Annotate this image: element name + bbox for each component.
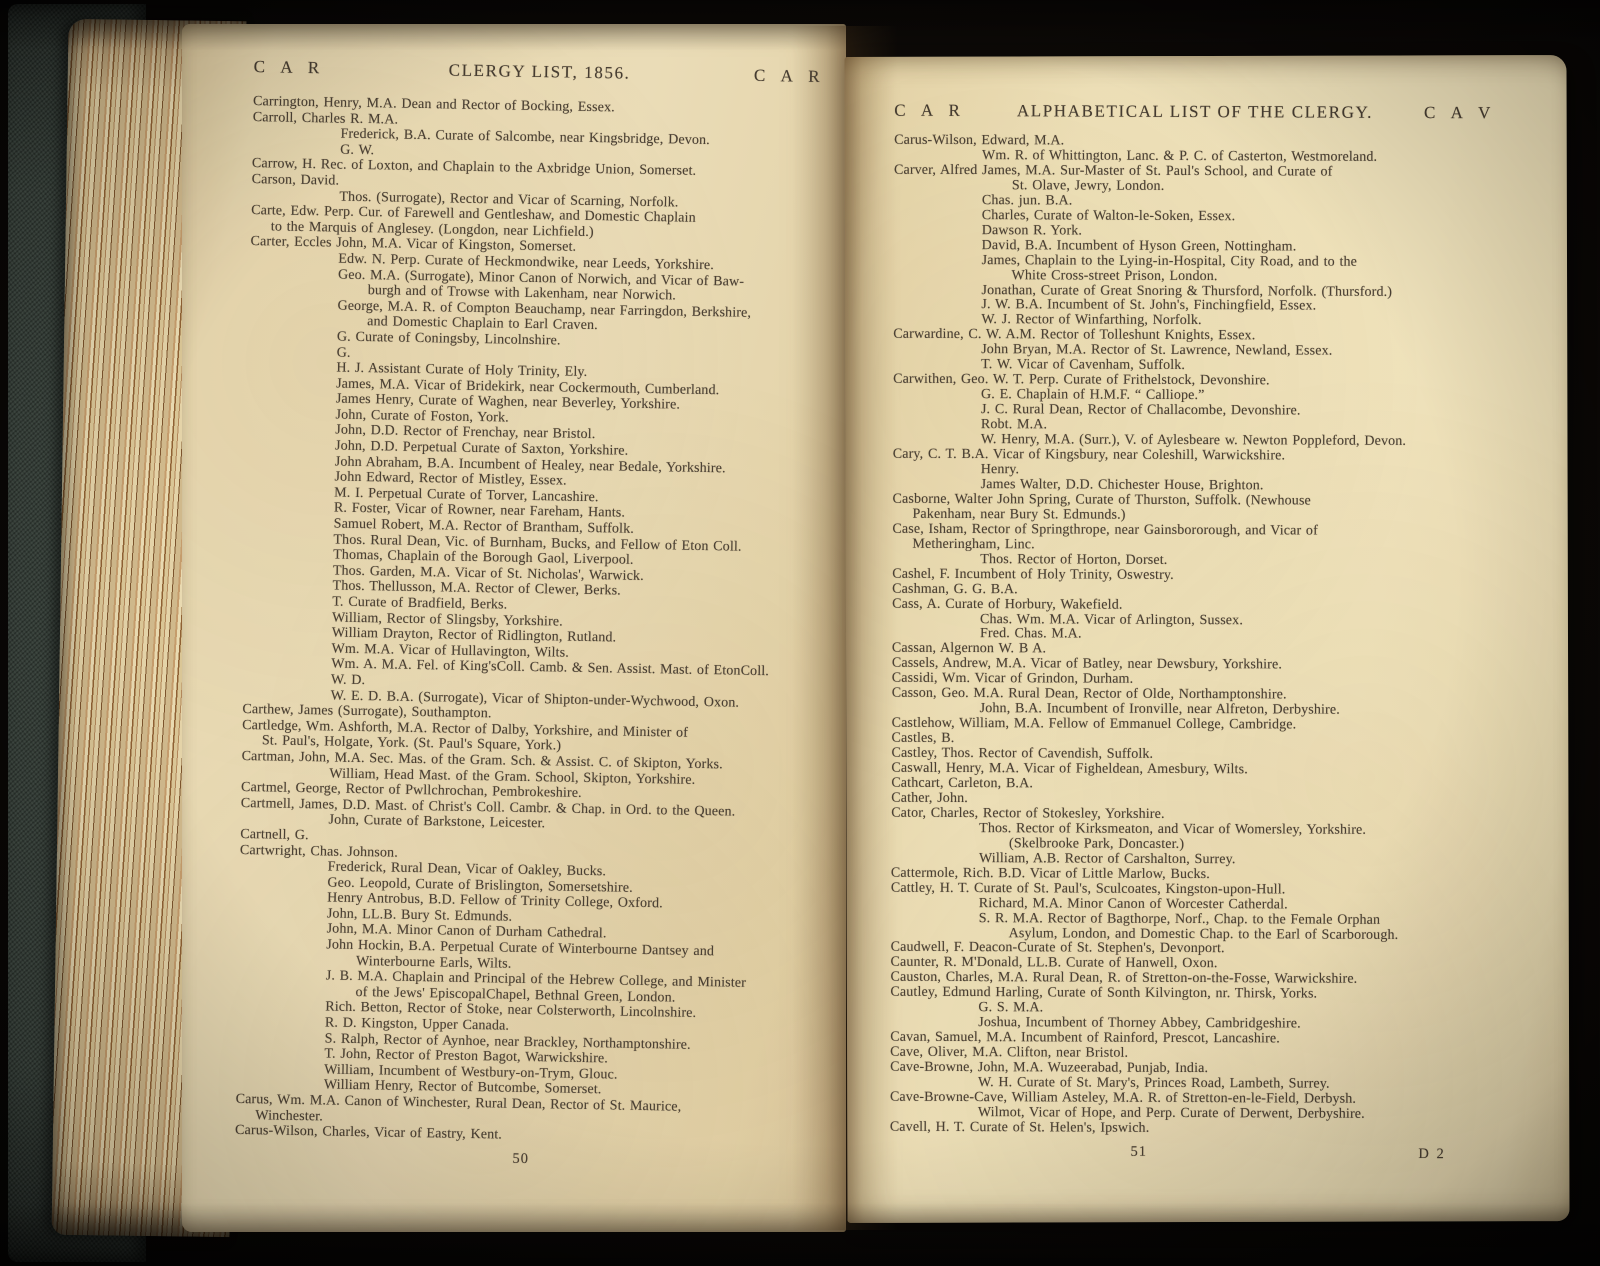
page-title: ALPHABETICAL LIST OF THE CLERGY. [966,101,1424,123]
clergy-entries-right: Carus-Wilson, Edward, M.A.Wm. R. of Whit… [890,134,1496,1138]
book-photo: C A R CLERGY LIST, 1856. C A R Carringto… [0,0,1600,1266]
clergy-entries-left: Carrington, Henry, M.A. Dean and Rector … [235,94,825,1149]
clergy-entry: Castlehow, William, M.A. Fellow of Emman… [892,717,1494,735]
clergy-entry: Cathcart, Carleton, B.A. [891,777,1493,795]
clergy-entry: Fred. Chas. M.A. [980,628,1494,645]
left-page-content: C A R CLERGY LIST, 1856. C A R Carringto… [235,57,826,1173]
header-keyword-left: C A R [894,101,966,121]
clergy-entry: Carver, Alfred James, M.A. Sur-Master of… [894,164,1496,182]
clergy-entry: Cavell, H. T. Curate of St. Helen's, Ips… [890,1121,1492,1139]
signature-mark: D 2 [1418,1146,1445,1163]
header-keyword-left: C A R [253,57,325,78]
running-header-right-page: C A R ALPHABETICAL LIST OF THE CLERGY. C… [894,101,1496,124]
right-page-content: C A R ALPHABETICAL LIST OF THE CLERGY. C… [890,101,1497,1162]
page-number: 50 [512,1151,529,1167]
clergy-entry: J. C. Rural Dean, Rector of Challacombe,… [981,403,1495,420]
header-keyword-right: C A V [1424,103,1496,123]
page-number: 51 [1130,1144,1147,1161]
header-keyword-right: C A R [754,66,826,87]
clergy-entry: St. Olave, Jewry, London. [1012,179,1496,196]
page-footer-right: 51 D 2 [890,1143,1492,1163]
